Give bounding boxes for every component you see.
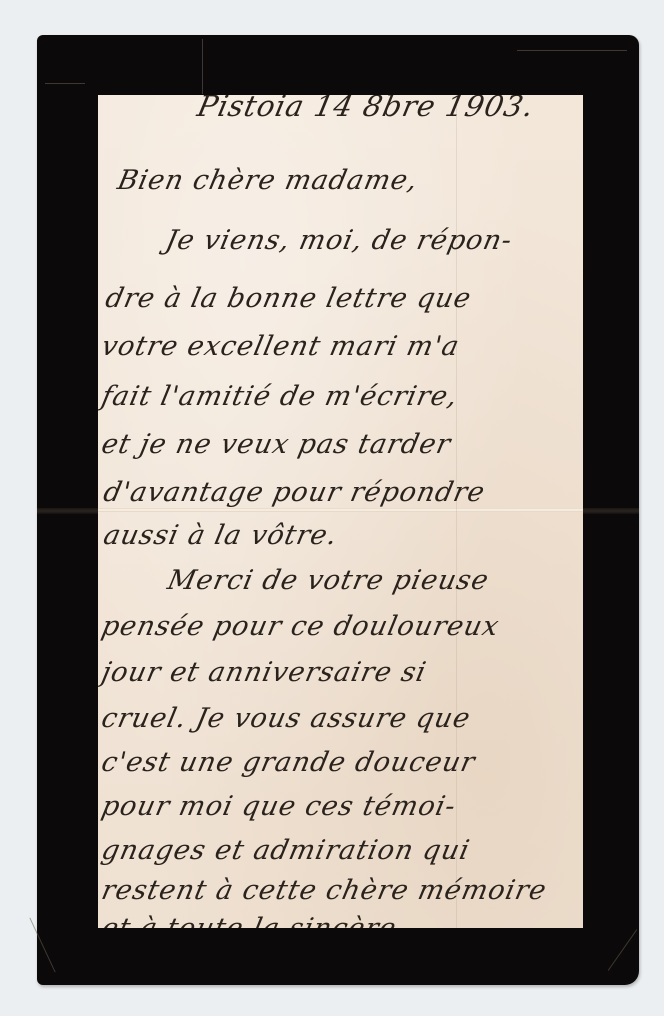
letter-line: et à toute la sincère — [99, 913, 400, 928]
letter-line: pensée pour ce douloureux — [99, 611, 502, 642]
border-crack — [45, 83, 85, 84]
letter-line: Je viens, moi, de répon- — [163, 225, 516, 256]
letter-paper: Pistoia 14 8bre 1903. Bien chère madame,… — [98, 95, 583, 928]
letter-line: et je ne veux pas tarder — [99, 429, 454, 460]
letter-line: dre à la bonne lettre que — [103, 283, 475, 314]
letter-line: cruel. Je vous assure que — [99, 703, 474, 734]
border-crack — [517, 50, 627, 51]
letter-line: d'avantage pour répondre — [101, 477, 488, 508]
letter-line: Merci de votre pieuse — [165, 565, 492, 596]
letter-line: c'est une grande douceur — [99, 747, 479, 778]
letter-line: aussi à la vôtre. — [101, 520, 341, 551]
salutation: Bien chère madame, — [115, 165, 421, 196]
letter-line: gnages et admiration qui — [99, 835, 473, 866]
horizontal-fold — [98, 508, 583, 512]
letter-line: jour et anniversaire si — [99, 657, 430, 688]
border-crack — [202, 39, 203, 94]
letter-line: votre excellent mari m'a — [99, 331, 463, 362]
letter-line: pour moi que ces témoi- — [99, 791, 459, 822]
border-crack — [29, 918, 55, 973]
place-date: Pistoia 14 8bre 1903. — [194, 95, 537, 123]
border-crack — [608, 929, 637, 971]
letter-line: restent à cette chère mémoire — [99, 875, 550, 906]
letter-line: fait l'amitié de m'écrire, — [99, 381, 461, 412]
